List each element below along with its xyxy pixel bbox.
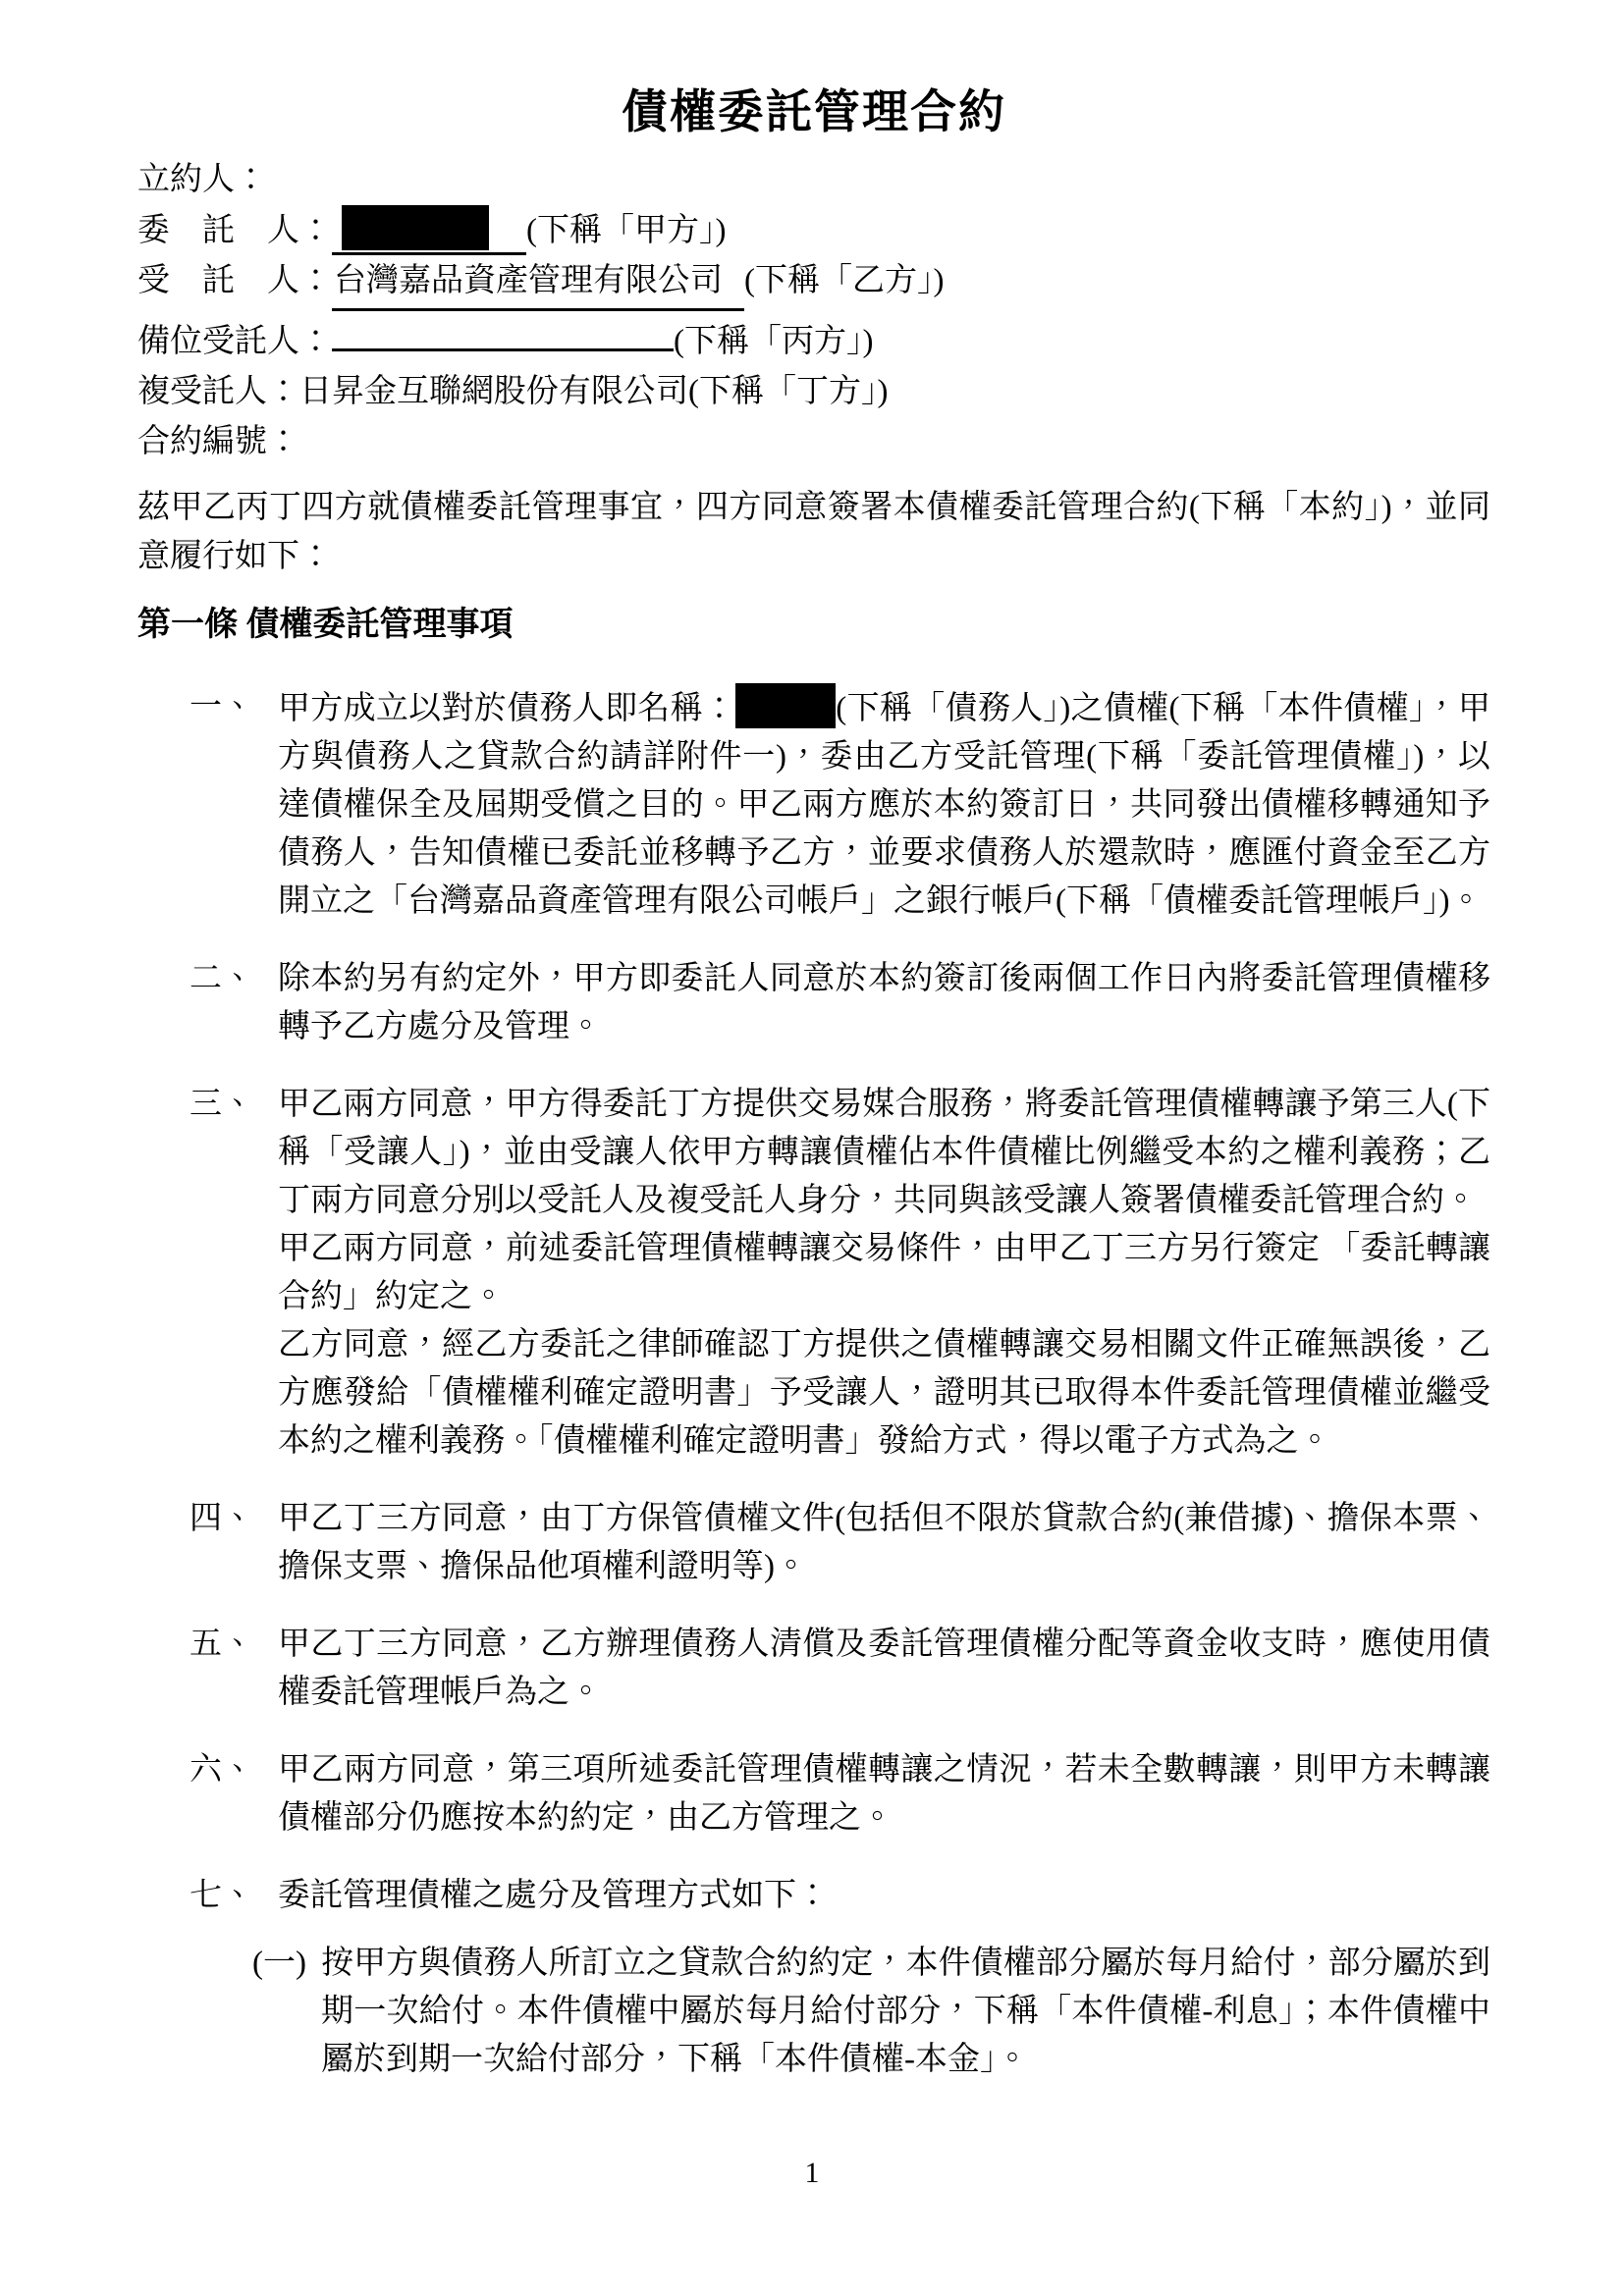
party-alias-suffix: (下稱「丙方」) — [674, 324, 873, 359]
item-row: 五、甲乙丁三方同意，乙方辦理債務人清償及委託管理債權分配等資金收支時，應使用債權… — [137, 1621, 1490, 1717]
item-body: 甲方成立以對於債務人即名稱：(下稱「債務人」)之債權(下稱「本件債權」，甲方與債… — [278, 683, 1490, 926]
party-value: 台灣嘉品資產管理有限公司 — [332, 256, 744, 311]
clauses-list: 一、甲方成立以對於債務人即名稱：(下稱「債務人」)之債權(下稱「本件債權」，甲方… — [137, 683, 1490, 2084]
party-label: 立約人： — [137, 162, 267, 197]
item-number: (一) — [252, 1940, 321, 2084]
item-paragraph: 乙方同意，經乙方委託之律師確認丁方提供之債權轉讓交易相關文件正確無誤後，乙方應發… — [278, 1321, 1490, 1466]
party-line: 備位受託人：(下稱「丙方」) — [137, 311, 1490, 367]
contract-preamble: 茲甲乙丙丁四方就債權委託管理事宜，四方同意簽署本債權委託管理合約(下稱「本約」)… — [137, 483, 1490, 581]
party-alias-suffix: (下稱「甲方」) — [526, 213, 726, 248]
item-body: 甲乙兩方同意，第三項所述委託管理債權轉讓之情況，若未全數轉讓，則甲方未轉讓債權部… — [278, 1746, 1490, 1842]
item-number: 六、 — [189, 1746, 278, 1842]
document-page: { "colors": { "text": "#000000", "backgr… — [0, 0, 1624, 2296]
item-row: (一)按甲方與債務人所訂立之貸款合約約定，本件債權部分屬於每月給付，部分屬於到期… — [137, 1940, 1490, 2084]
item-number: 一、 — [189, 683, 278, 926]
redacted-name-box — [342, 205, 489, 250]
party-value-underline — [332, 205, 526, 255]
party-line: 合約編號： — [137, 417, 1490, 467]
party-line: 受 託 人：台灣嘉品資產管理有限公司(下稱「乙方」) — [137, 256, 1490, 311]
item-row: 七、委託管理債權之處分及管理方式如下： — [137, 1872, 1490, 1920]
item-paragraph: 甲乙丁三方同意，由丁方保管債權文件(包括但不限於貸款合約(兼借據)、擔保本票、擔… — [278, 1495, 1490, 1591]
party-label: 合約編號： — [137, 424, 299, 459]
page-number: 1 — [0, 2156, 1624, 2191]
item-paragraph: 甲乙兩方同意，甲方得委託丁方提供交易媒合服務，將委託管理債權轉讓予第三人(下稱「… — [278, 1081, 1490, 1225]
section-1-heading: 第一條 債權委託管理事項 — [137, 601, 1490, 650]
item-body: 委託管理債權之處分及管理方式如下： — [278, 1872, 1490, 1920]
item-body: 甲乙丁三方同意，由丁方保管債權文件(包括但不限於貸款合約(兼借據)、擔保本票、擔… — [278, 1495, 1490, 1591]
party-label: 受 託 人： — [137, 263, 332, 298]
item-number: 七、 — [189, 1872, 278, 1920]
item-number: 四、 — [189, 1495, 278, 1591]
party-line: 立約人： — [137, 155, 1490, 205]
party-label: 委 託 人： — [137, 213, 332, 248]
party-label: 備位受託人： — [137, 324, 332, 359]
party-line: 委 託 人：(下稱「甲方」) — [137, 205, 1490, 256]
item-paragraph: 甲方成立以對於債務人即名稱：(下稱「債務人」)之債權(下稱「本件債權」，甲方與債… — [278, 683, 1490, 926]
contract-document: 債權委託管理合約 立約人：委 託 人：(下稱「甲方」)受 託 人：台灣嘉品資產管… — [137, 84, 1490, 2084]
redacted-name-box — [735, 683, 836, 728]
item-paragraph: 按甲方與債務人所訂立之貸款合約約定，本件債權部分屬於每月給付，部分屬於到期一次給… — [321, 1940, 1490, 2084]
document-title: 債權委託管理合約 — [137, 84, 1490, 141]
party-value: 日昇金互聯網股份有限公司 — [299, 374, 688, 409]
item-number: 五、 — [189, 1621, 278, 1717]
item-row: 四、甲乙丁三方同意，由丁方保管債權文件(包括但不限於貸款合約(兼借據)、擔保本票… — [137, 1495, 1490, 1591]
parties-block: 立約人：委 託 人：(下稱「甲方」)受 託 人：台灣嘉品資產管理有限公司(下稱「… — [137, 155, 1490, 467]
item-paragraph: 甲乙兩方同意，第三項所述委託管理債權轉讓之情況，若未全數轉讓，則甲方未轉讓債權部… — [278, 1746, 1490, 1842]
item-paragraph: 委託管理債權之處分及管理方式如下： — [278, 1872, 1490, 1920]
item-body: 按甲方與債務人所訂立之貸款合約約定，本件債權部分屬於每月給付，部分屬於到期一次給… — [321, 1940, 1490, 2084]
item-paragraph: 甲乙兩方同意，前述委託管理債權轉讓交易條件，由甲乙丁三方另行簽定 「委託轉讓合約… — [278, 1225, 1490, 1321]
item-number: 二、 — [189, 955, 278, 1051]
blank-underline — [332, 311, 674, 351]
item-row: 二、除本約另有約定外，甲方即委託人同意於本約簽訂後兩個工作日內將委託管理債權移轉… — [137, 955, 1490, 1051]
party-label: 複受託人： — [137, 374, 299, 409]
item-row: 三、甲乙兩方同意，甲方得委託丁方提供交易媒合服務，將委託管理債權轉讓予第三人(下… — [137, 1081, 1490, 1466]
item-paragraph: 除本約另有約定外，甲方即委託人同意於本約簽訂後兩個工作日內將委託管理債權移轉予乙… — [278, 955, 1490, 1051]
item-body: 甲乙丁三方同意，乙方辦理債務人清償及委託管理債權分配等資金收支時，應使用債權委託… — [278, 1621, 1490, 1717]
item-row: 一、甲方成立以對於債務人即名稱：(下稱「債務人」)之債權(下稱「本件債權」，甲方… — [137, 683, 1490, 926]
party-alias-suffix: (下稱「乙方」) — [744, 263, 944, 298]
item-body: 甲乙兩方同意，甲方得委託丁方提供交易媒合服務，將委託管理債權轉讓予第三人(下稱「… — [278, 1081, 1490, 1466]
item-number: 三、 — [189, 1081, 278, 1466]
item-row: 六、甲乙兩方同意，第三項所述委託管理債權轉讓之情況，若未全數轉讓，則甲方未轉讓債… — [137, 1746, 1490, 1842]
item-body: 除本約另有約定外，甲方即委託人同意於本約簽訂後兩個工作日內將委託管理債權移轉予乙… — [278, 955, 1490, 1051]
party-alias-suffix: (下稱「丁方」) — [688, 374, 888, 409]
item-paragraph: 甲乙丁三方同意，乙方辦理債務人清償及委託管理債權分配等資金收支時，應使用債權委託… — [278, 1621, 1490, 1717]
party-line: 複受託人：日昇金互聯網股份有限公司(下稱「丁方」) — [137, 367, 1490, 417]
